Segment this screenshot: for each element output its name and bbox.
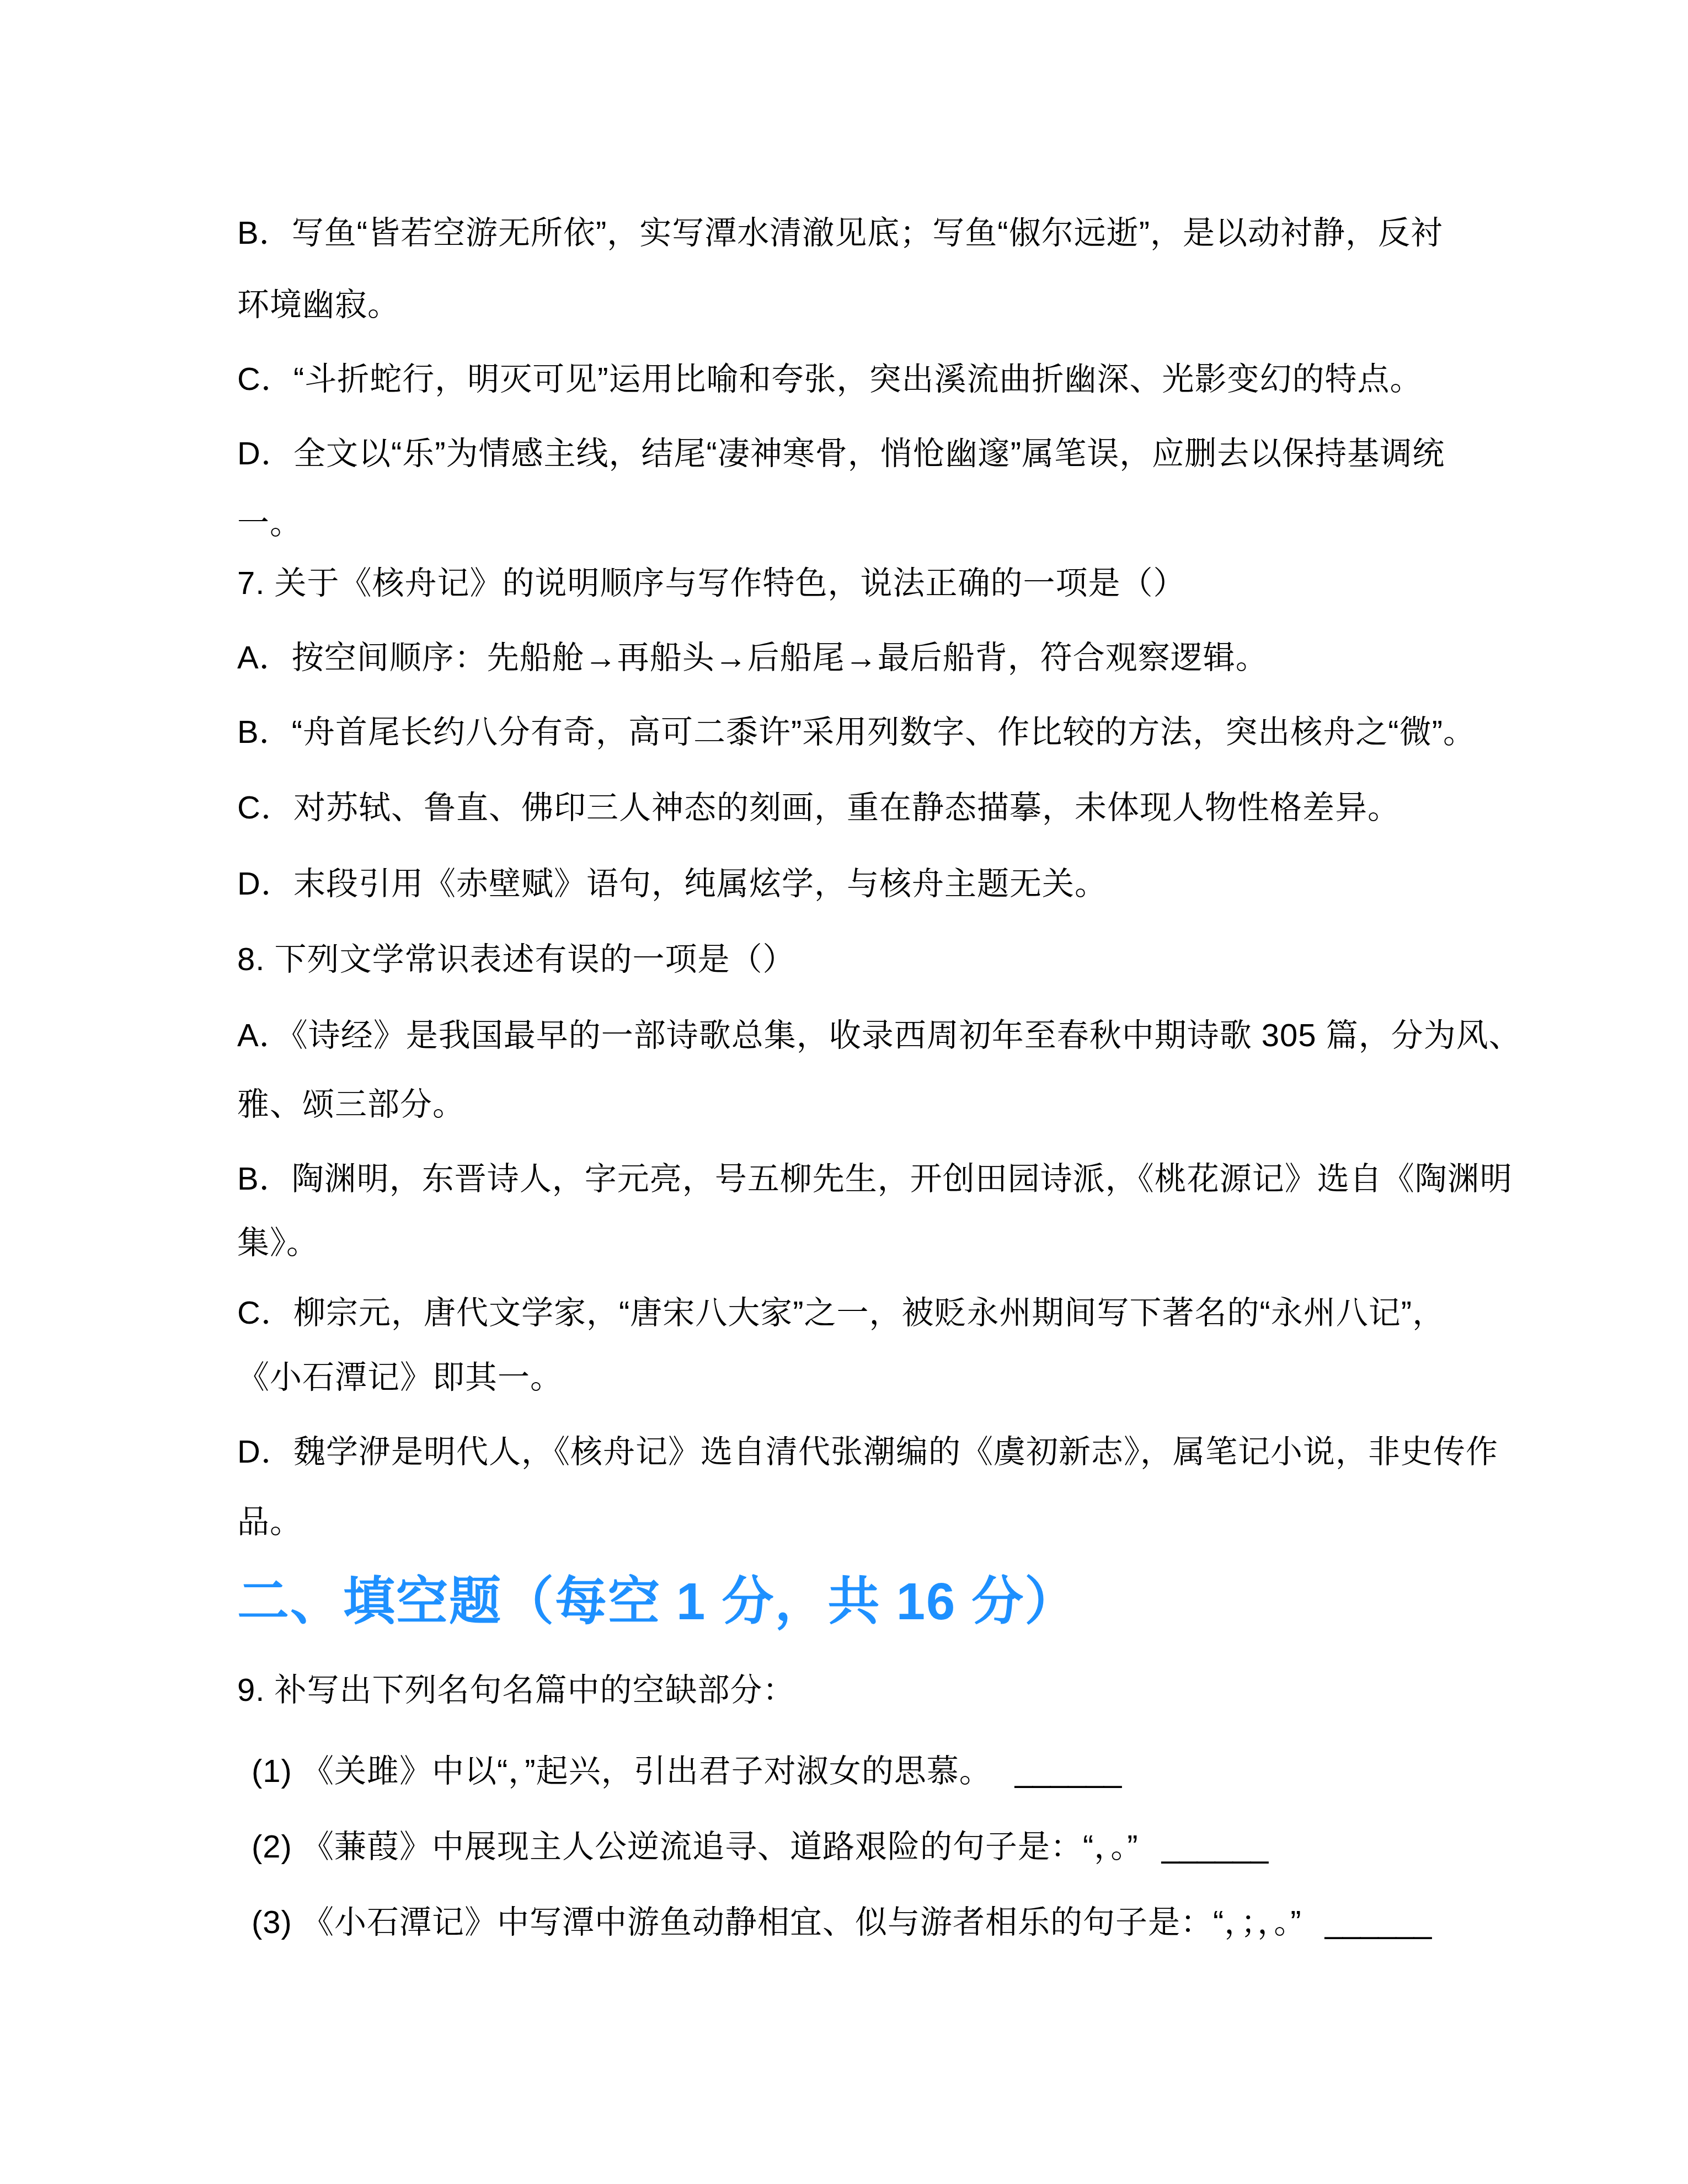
q6-option-b-line-2: 环境幽寂。 xyxy=(237,285,1484,325)
q9-item-2-text: (2) 《蒹葭》中展现主人公逆流追寻、道路艰险的句子是：“，。” xyxy=(252,1829,1139,1865)
q7-option-b: B．“舟首尾长约八分有奇，高可二黍许”采用列数字、作比较的方法，突出核舟之“微”… xyxy=(237,713,1484,752)
q9-item-1-answer-blank: ______ xyxy=(1015,1753,1122,1789)
q8-stem: 8. 下列文学常识表述有误的一项是（） xyxy=(237,940,1484,979)
q8-option-a-line-2: 雅、颂三部分。 xyxy=(237,1085,1484,1125)
q9-item-3: (3) 《小石潭记》中写潭中游鱼动静相宜、似与游者相乐的句子是：“，；，。”__… xyxy=(237,1903,1498,1942)
q6-option-c-line-1: C．“斗折蛇行，明灭可见”运用比喻和夸张，突出溪流曲折幽深、光影变幻的特点。 xyxy=(237,360,1484,399)
q8-option-b-line-2: 集》。 xyxy=(237,1223,1484,1263)
q9-item-2-answer-blank: ______ xyxy=(1162,1829,1269,1865)
q8-option-a-line-1: A．《诗经》是我国最早的一部诗歌总集，收录西周初年至春秋中期诗歌 305 篇，分… xyxy=(237,1016,1484,1056)
q9-item-3-text: (3) 《小石潭记》中写潭中游鱼动静相宜、似与游者相乐的句子是：“，；，。” xyxy=(252,1904,1302,1940)
q7-option-a: A．按空间顺序：先船舱→再船头→后船尾→最后船背，符合观察逻辑。 xyxy=(237,638,1484,678)
q7-option-c: C．对苏轼、鲁直、佛印三人神态的刻画，重在静态描摹，未体现人物性格差异。 xyxy=(237,788,1484,828)
q9-stem: 9. 补写出下列名句名篇中的空缺部分： xyxy=(237,1671,1484,1710)
exam-paper-page: B．写鱼“皆若空游无所依”，实写潭水清澈见底；写鱼“俶尔远逝”，是以动衬静，反衬… xyxy=(0,0,1688,2184)
q8-option-b-line-1: B．陶渊明，东晋诗人，字元亮，号五柳先生，开创田园诗派，《桃花源记》选自《陶渊明 xyxy=(237,1159,1484,1199)
q8-option-d-line-1: D．魏学洢是明代人，《核舟记》选自清代张潮编的《虞初新志》，属笔记小说，非史传作 xyxy=(237,1432,1484,1472)
q6-option-b-line-1: B．写鱼“皆若空游无所依”，实写潭水清澈见底；写鱼“俶尔远逝”，是以动衬静，反衬 xyxy=(237,213,1484,253)
q8-option-d-line-2: 品。 xyxy=(237,1502,1484,1542)
q7-option-d: D．末段引用《赤壁赋》语句，纯属炫学，与核舟主题无关。 xyxy=(237,864,1484,904)
q8-option-c-line-2: 《小石潭记》即其一。 xyxy=(237,1358,1484,1398)
q9-item-3-answer-blank: ______ xyxy=(1325,1904,1432,1940)
q6-option-d-line-2: 一。 xyxy=(237,504,1484,543)
q7-stem: 7. 关于《核舟记》的说明顺序与写作特色，说法正确的一项是（） xyxy=(237,564,1484,603)
q9-item-1-text: (1) 《关雎》中以“，”起兴，引出君子对淑女的思慕。 xyxy=(252,1753,992,1789)
q6-option-d-line-1: D．全文以“乐”为情感主线，结尾“凄神寒骨，悄怆幽邃”属笔误，应删去以保持基调统 xyxy=(237,434,1484,474)
q9-item-2: (2) 《蒹葭》中展现主人公逆流追寻、道路艰险的句子是：“，。”______ xyxy=(237,1827,1498,1867)
section-2-heading: 二、填空题（每空 1 分，共 16 分） xyxy=(237,1571,1561,1632)
q8-option-c-line-1: C．柳宗元，唐代文学家，“唐宋八大家”之一，被贬永州期间写下著名的“永州八记”， xyxy=(237,1293,1484,1333)
q9-item-1: (1) 《关雎》中以“，”起兴，引出君子对淑女的思慕。______ xyxy=(237,1752,1498,1791)
